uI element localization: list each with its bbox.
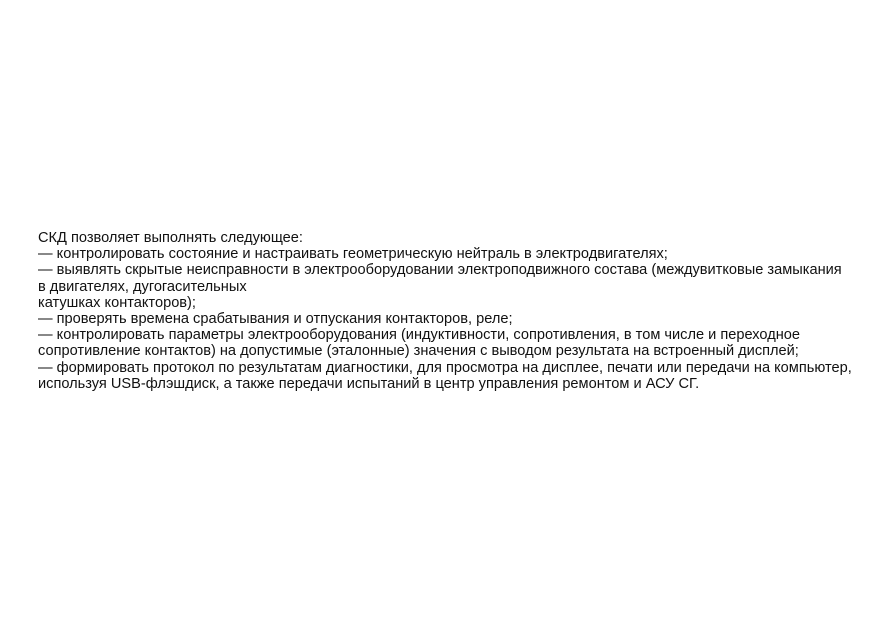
list-item-line: сопротивление контактов) на допустимые (… — [38, 343, 858, 359]
list-item-line: используя USB-флэшдиск, а также передачи… — [38, 376, 858, 392]
list-item-line: — формировать протокол по результатам ди… — [38, 360, 858, 376]
list-item-line: — контролировать состояние и настраивать… — [38, 246, 858, 262]
list-item-line: катушках контакторов); — [38, 295, 858, 311]
document-text-block: СКД позволяет выполнять следующее: — кон… — [38, 230, 858, 392]
list-item-line: — выявлять скрытые неисправности в элект… — [38, 262, 858, 278]
list-item-line: — контролировать параметры электрооборуд… — [38, 327, 858, 343]
list-item-line: — проверять времена срабатывания и отпус… — [38, 311, 858, 327]
list-item-line: в двигателях, дугогасительных — [38, 279, 858, 295]
intro-line: СКД позволяет выполнять следующее: — [38, 230, 858, 246]
